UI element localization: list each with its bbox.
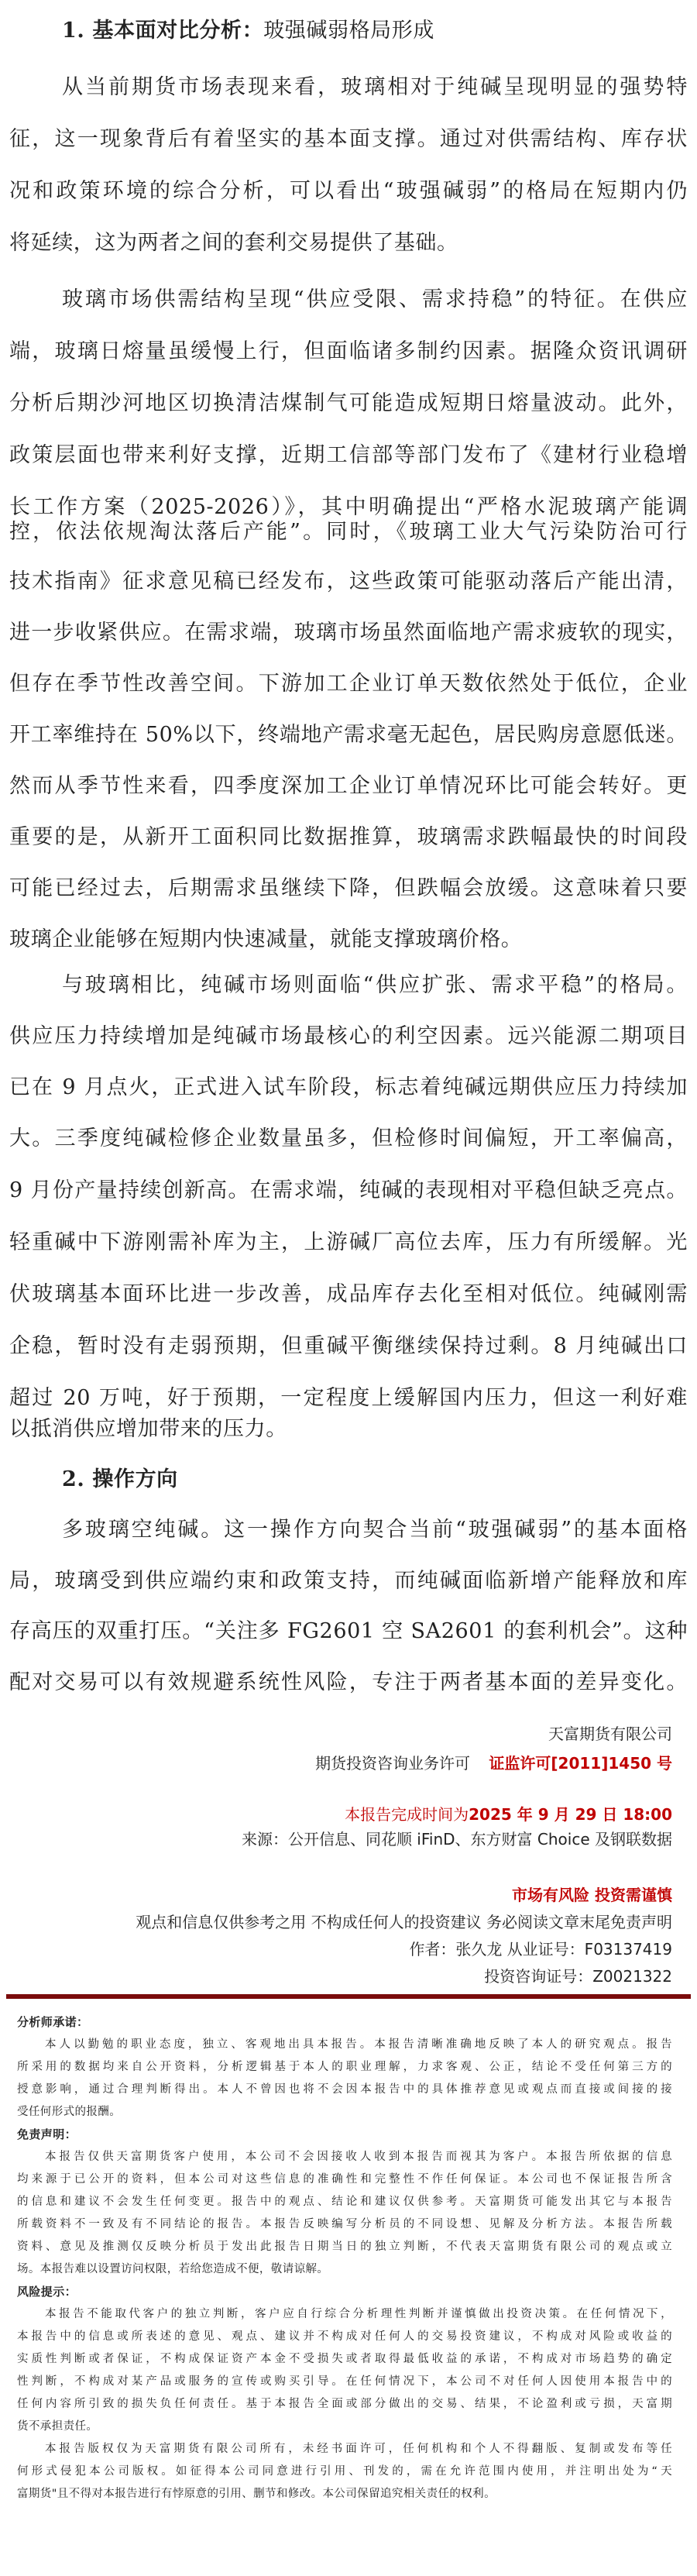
license-row: 期货投资咨询业务许可 证监许可[2011]1450 号 bbox=[315, 1752, 672, 1774]
disclaimer-line: 所采用的数据均来自公开资料，分析逻辑基于本人的职业理解，力求客观、公正，结论不受… bbox=[17, 2056, 672, 2079]
disclaimer-line: 的信息和建议不会发生任何变更。报告中的观点、结论和建议仅供参考。天富期货可能发出… bbox=[17, 2191, 672, 2213]
license-number: 证监许可[2011]1450 号 bbox=[489, 1754, 672, 1773]
completion-time-row: 本报告完成时间为2025 年 9 月 29 日 18:00 bbox=[345, 1804, 672, 1825]
disclaimer-line: 富期货"且不得对本报告进行有悖原意的引用、删节和修改。本公司保留追究相关责任的权… bbox=[17, 2483, 672, 2505]
disclaimer-line: 受任何形式的报酬。 bbox=[17, 2101, 672, 2124]
paragraph-line: 技术指南》征求意见稿已经发布，这些政策可能驱动落后产能出清， bbox=[9, 566, 688, 597]
paragraph-line: 与玻璃相比，纯碱市场则面临“供应扩张、需求平稳”的格局。 bbox=[62, 970, 688, 1001]
disclaimer-line: 本报告不能取代客户的独立判断，客户应自行综合分析理性判断并谨慎做出投资决策。在任… bbox=[45, 2303, 672, 2326]
disclaimer-line: 场。本报告难以设置访问权限，若给您造成不便，敬请谅解。 bbox=[17, 2258, 672, 2281]
disclaimer-line: 资料、意见及推测仅反映分析员于发出此报告日期当日的独立判断，不代表天富期货有限公… bbox=[17, 2236, 672, 2258]
paragraph-line: 可能已经过去，后期需求虽继续下降，但跌幅会放缓。这意味着只要 bbox=[9, 873, 688, 904]
disclaimer-line: 性判断，不构成对某产品或服务的宣传或购买引导。在任何情况下，本公司不对任何人因使… bbox=[17, 2371, 672, 2393]
paragraph-line: 玻璃企业能够在短期内快速减量，就能支撑玻璃价格。 bbox=[9, 924, 688, 955]
paragraph-line: 轻重碱中下游刚需补库为主，上游碱厂高位去库，压力有所缓解。光 bbox=[9, 1227, 688, 1258]
disclaimer-line: 实质性判断或者保证，不构成保证资产本金不受损失或者取得最低收益的承诺，不构成对市… bbox=[17, 2348, 672, 2371]
paragraph-line: 多玻璃空纯碱。这一操作方向契合当前“玻强碱弱”的基本面格 bbox=[62, 1515, 688, 1546]
completion-time-label: 本报告完成时间为 bbox=[345, 1805, 469, 1824]
paragraph-line: 供应压力持续增加是纯碱市场最核心的利空因素。远兴能源二期项目 bbox=[9, 1021, 688, 1052]
divider-rule bbox=[6, 1994, 691, 1999]
paragraph-line: 但存在季节性改善空间。下游加工企业订单天数依然处于低位，企业 bbox=[9, 669, 688, 700]
risk-warning: 市场有风险 投资需谨慎 bbox=[512, 1884, 672, 1906]
paragraph-line: 局，玻璃受到供应端约束和政策支持，而纯碱面临新增产能释放和库 bbox=[9, 1566, 688, 1597]
completion-time-value: 2025 年 9 月 29 日 18:00 bbox=[469, 1805, 672, 1824]
paragraph-line: 开工率维持在 50%以下，终端地产需求毫无起色，居民购房意愿低迷。 bbox=[9, 720, 688, 751]
paragraph-line: 9 月份产量持续创新高。在需求端，纯碱的表现相对平稳但缺乏亮点。 bbox=[9, 1175, 688, 1206]
disclaimer-line: 本人以勤勉的职业态度，独立、客观地出具本报告。本报告清晰准确地反映了本人的研究观… bbox=[45, 2034, 672, 2056]
paragraph-line: 重要的是，从新开工面积同比数据推算，玻璃需求跌幅最快的时间段 bbox=[9, 822, 688, 853]
paragraph-line: 况和政策环境的综合分析，可以看出“玻强碱弱”的格局在短期内仍 bbox=[9, 176, 688, 207]
disclaimer-line: 本报告仅供天富期货客户使用，本公司不会因接收人收到本报告而视其为客户。本报告所依… bbox=[45, 2146, 672, 2168]
paragraph-line: 将延续，这为两者之间的套利交易提供了基础。 bbox=[9, 228, 688, 259]
disclaimer-line: 所载资料不一致及有不同结论的报告。本报告反映编写分析员的不同设想、见解及分析方法… bbox=[17, 2213, 672, 2236]
data-source: 来源：公开信息、同花顺 iFinD、东方财富 Choice 及钢联数据 bbox=[242, 1828, 672, 1850]
paragraph-line: 已在 9 月点火，正式进入试车阶段，标志着纯碱远期供应压力持续加 bbox=[9, 1072, 688, 1103]
paragraph-line: 政策层面也带来利好支撑，近期工信部等部门发布了《建材行业稳增 bbox=[9, 440, 688, 471]
license-label: 期货投资咨询业务许可 bbox=[315, 1754, 470, 1773]
paragraph-line: 企稳，暂时没有走弱预期，但重碱平衡继续保持过剩。8 月纯碱出口 bbox=[9, 1331, 688, 1362]
disclaimer-line: 本报告中的信息或所表述的意见、观点、建议并不构成对任何人的交易投资建议，不构成对… bbox=[17, 2326, 672, 2348]
paragraph-line: 然而从季节性来看，四季度深加工企业订单情况环比可能会转好。更 bbox=[9, 771, 688, 802]
paragraph-line: 以抵消供应增加带来的压力。 bbox=[9, 1414, 688, 1445]
section-1-heading-subtitle: 玻强碱弱格局形成 bbox=[263, 19, 434, 43]
paragraph-line: 分析后期沙河地区切换清洁煤制气可能造成短期日熔量波动。此外， bbox=[9, 388, 688, 419]
risk-notice-title: 风险提示： bbox=[17, 2281, 672, 2303]
paragraph-line: 伏玻璃基本面环比进一步改善，成品库存去化至相对低位。纯碱刚需 bbox=[9, 1279, 688, 1310]
consulting-license: 投资咨询证号：Z0021322 bbox=[484, 1966, 672, 1987]
disclaimer-line: 均来源于已公开的资料，但本公司对这些信息的准确性和完整性不作任何保证。本公司也不… bbox=[17, 2168, 672, 2191]
section-1-heading: 1. 基本面对比分析：玻强碱弱格局形成 bbox=[62, 15, 682, 46]
paragraph-line: 进一步收紧供应。在需求端，玻璃市场虽然面临地产需求疲软的现实， bbox=[9, 617, 688, 648]
disclaimer-line: 何形式侵犯本公司版权。如征得本公司同意进行引用、刊发的，需在允许范围内使用，并注… bbox=[17, 2461, 672, 2483]
disclaimer-line: 授意影响，通过合理判断得出。本人不曾因也将不会因本报告中的具体推荐意见或观点而直… bbox=[17, 2079, 672, 2101]
disclaimer-line: 货不承担责任。 bbox=[17, 2416, 672, 2438]
company-name: 天富期货有限公司 bbox=[548, 1723, 672, 1745]
author-info: 作者：张久龙 从业证号：F03137419 bbox=[409, 1938, 672, 1960]
paragraph-line: 存高压的双重打压。“关注多 FG2601 空 SA2601 的套利机会”。这种 bbox=[9, 1616, 688, 1647]
paragraph-line: 配对交易可以有效规避系统性风险，专注于两者基本面的差异变化。 bbox=[9, 1667, 688, 1698]
disclaimer-line: 本报告版权仅为天富期货有限公司所有，未经书面许可，任何机构和个人不得翻版、复制或… bbox=[45, 2438, 672, 2461]
section-2-heading: 2. 操作方向 bbox=[62, 1464, 372, 1495]
exemption-title: 免责声明： bbox=[17, 2124, 672, 2146]
section-1-heading-number: 1. 基本面对比分析： bbox=[62, 19, 263, 43]
paragraph-line: 从当前期货市场表现来看，玻璃相对于纯碱呈现明显的强势特 bbox=[62, 72, 688, 103]
paragraph-line: 征，这一现象背后有着坚实的基本面支撑。通过对供需结构、库存状 bbox=[9, 124, 688, 155]
paragraph-line: 控，依法依规淘汰落后产能”。同时，《玻璃工业大气污染防治可行 bbox=[9, 517, 688, 548]
analyst-commitment-title: 分析师承诺： bbox=[17, 2011, 672, 2034]
disclaimer-line: 任何内容所引致的损失负任何责任。基于本报告全面或部分做出的交易、结果，不论盈利或… bbox=[17, 2393, 672, 2416]
paragraph-line: 端，玻璃日熔量虽缓慢上行，但面临诸多制约因素。据隆众资讯调研 bbox=[9, 336, 688, 367]
paragraph-line: 超过 20 万吨，好于预期，一定程度上缓解国内压力，但这一利好难 bbox=[9, 1383, 688, 1414]
paragraph-line: 玻璃市场供需结构呈现“供应受限、需求持稳”的特征。在供应 bbox=[62, 284, 688, 315]
reference-note: 观点和信息仅供参考之用 不构成任何人的投资建议 务必阅读文章末尾免责声明 bbox=[136, 1911, 672, 1933]
paragraph-line: 大。三季度纯碱检修企业数量虽多，但检修时间偏短，开工率偏高， bbox=[9, 1123, 688, 1154]
